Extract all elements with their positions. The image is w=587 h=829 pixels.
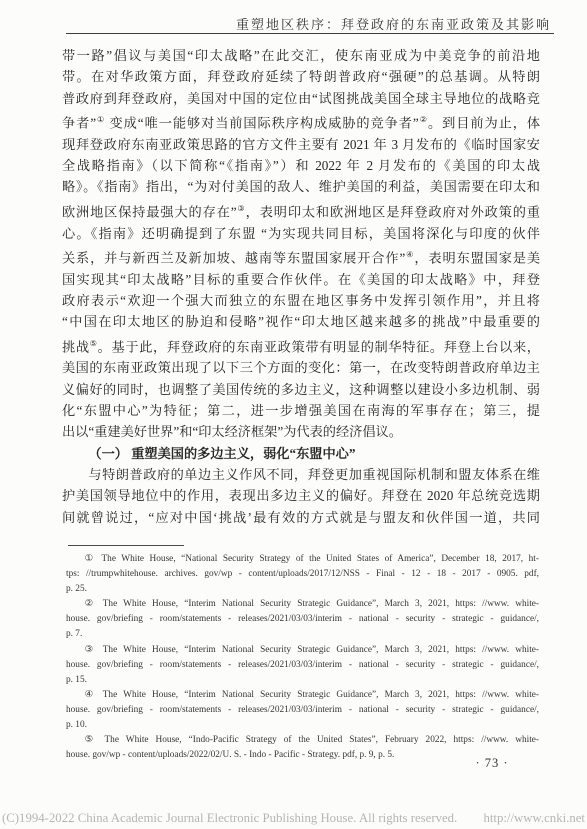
text-line: 间就曾说过，“应对中国‘挑战’最有效的方式就是与盟友和伙伴国一道，共同 (62, 507, 540, 528)
text-line: “中国在印太地区的胁迫和侵略”视作“印太地区越来越多的挑战”中最重要的 (62, 311, 540, 332)
text-line: house. gov/briefing - room/statements - … (66, 612, 539, 627)
running-header: 重塑地区秩序：拜登政府的东南亚政策及其影响 (236, 14, 551, 33)
text-line: 心。《指南》还明确提到了东盟 “为实现共同目标，美国将深化与印度的伙伴 (62, 223, 540, 244)
copyright-notice: (C)1994-2022 China Academic Journal Elec… (2, 811, 457, 826)
journal-page: 重塑地区秩序：拜登政府的东南亚政策及其影响 带一路”倡议与美国“印太战略”在此交… (0, 0, 587, 829)
text-line: 关系，并与新西兰及新加坡、越南等东盟国家展开合作”④，表明东盟国家是美 (62, 244, 540, 269)
text-line: 带一路”倡议与美国“印太战略”在此交汇，使东南亚成为中美竞争的前沿地 (62, 45, 540, 66)
text-line: p. 25. (66, 582, 539, 597)
text-line: house. gov/briefing - room/statements - … (66, 658, 539, 673)
text-line: 争者”① 变成“唯一能够对当前国际秩序构成威胁的竞争者”②。到目前为止，体 (62, 109, 540, 134)
cnki-url: http://www.cnki.net (483, 811, 585, 826)
text-line: 现拜登政府东南亚政策思路的官方文件主要有 2021 年 3 月发布的《临时国家安 (62, 134, 540, 155)
text-line: 义偏好的同时，也调整了美国传统的多边主义，这种调整以建设小多边机制、弱 (62, 379, 540, 400)
text-line: 政府表示“欢迎一个强大而独立的东盟在地区事务中发挥引领作用”，并且将 (62, 290, 540, 311)
page-number: · 73 · (460, 756, 524, 771)
text-line: 略》。《指南》指出，“为对付美国的敌人、维护美国的利益，美国需要在印太和 (62, 176, 540, 197)
footnotes: ① The White House, “National Security St… (66, 552, 539, 763)
copyright-bar: (C)1994-2022 China Academic Journal Elec… (0, 811, 587, 826)
text-line: p. 10. (66, 718, 539, 733)
text-line: 带。在对华政策方面，拜登政府延续了特朗普政府“强硬”的总基调。从特朗 (62, 66, 540, 87)
text-line: ④ The White House, “Interim National Sec… (66, 688, 539, 703)
text-line: 化“东盟中心”为特征；第二，进一步增强美国在南海的军事存在；第三，提 (62, 400, 540, 421)
text-line: 国实现其“印太战略”目标的重要合作伙伴。在《美国的印太战略》中，拜登 (62, 269, 540, 290)
text-line: ③ The White House, “Interim National Sec… (66, 643, 539, 658)
footnote-separator (68, 545, 184, 546)
text-line: 护美国领导地位中的作用，表现出多边主义的偏好。拜登在 2020 年总统竞选期 (62, 485, 540, 506)
text-line: ① The White House, “National Security St… (66, 552, 539, 567)
text-line: 全战略指南》（以下简称“《指南》”）和 2022 年 2 月发布的《美国的印太战 (62, 155, 540, 176)
text-line: 与特朗普政府的单边主义作风不同，拜登更加重视国际机制和盟友体系在维 (62, 464, 540, 485)
text-line: 欧洲地区保持最强大的存在”③，表明印太和欧洲地区是拜登政府对外政策的重 (62, 198, 540, 223)
text-line: 挑战⑤。基于此，拜登政府的东南亚政策带有明显的制华特征。拜登上台以来， (62, 333, 540, 358)
text-line: 美国的东南亚政策出现了以下三个方面的变化：第一，在改变特朗普政府单边主 (62, 357, 540, 378)
text-line: tps: //trumpwhitehouse. archives. gov/wp… (66, 567, 539, 582)
text-line: 普政府到拜登政府，美国对中国的定位由“试图挑战美国全球主导地位的战略竞 (62, 88, 540, 109)
text-line: ② The White House, “Interim National Sec… (66, 597, 539, 612)
header-rule (66, 33, 554, 34)
text-line: （一） 重塑美国的多边主义，弱化“东盟中心” (62, 443, 540, 464)
text-line: p. 7. (66, 627, 539, 642)
text-line: house. gov/briefing - room/statements - … (66, 703, 539, 718)
text-line: p. 15. (66, 673, 539, 688)
text-line: 出以“重建美好世界”和“印太经济框架”为代表的经济倡议。 (62, 421, 540, 442)
article-body: 带一路”倡议与美国“印太战略”在此交汇，使东南亚成为中美竞争的前沿地带。在对华政… (62, 45, 540, 528)
text-line: ⑤ The White House, “Indo-Pacific Strateg… (66, 733, 539, 748)
